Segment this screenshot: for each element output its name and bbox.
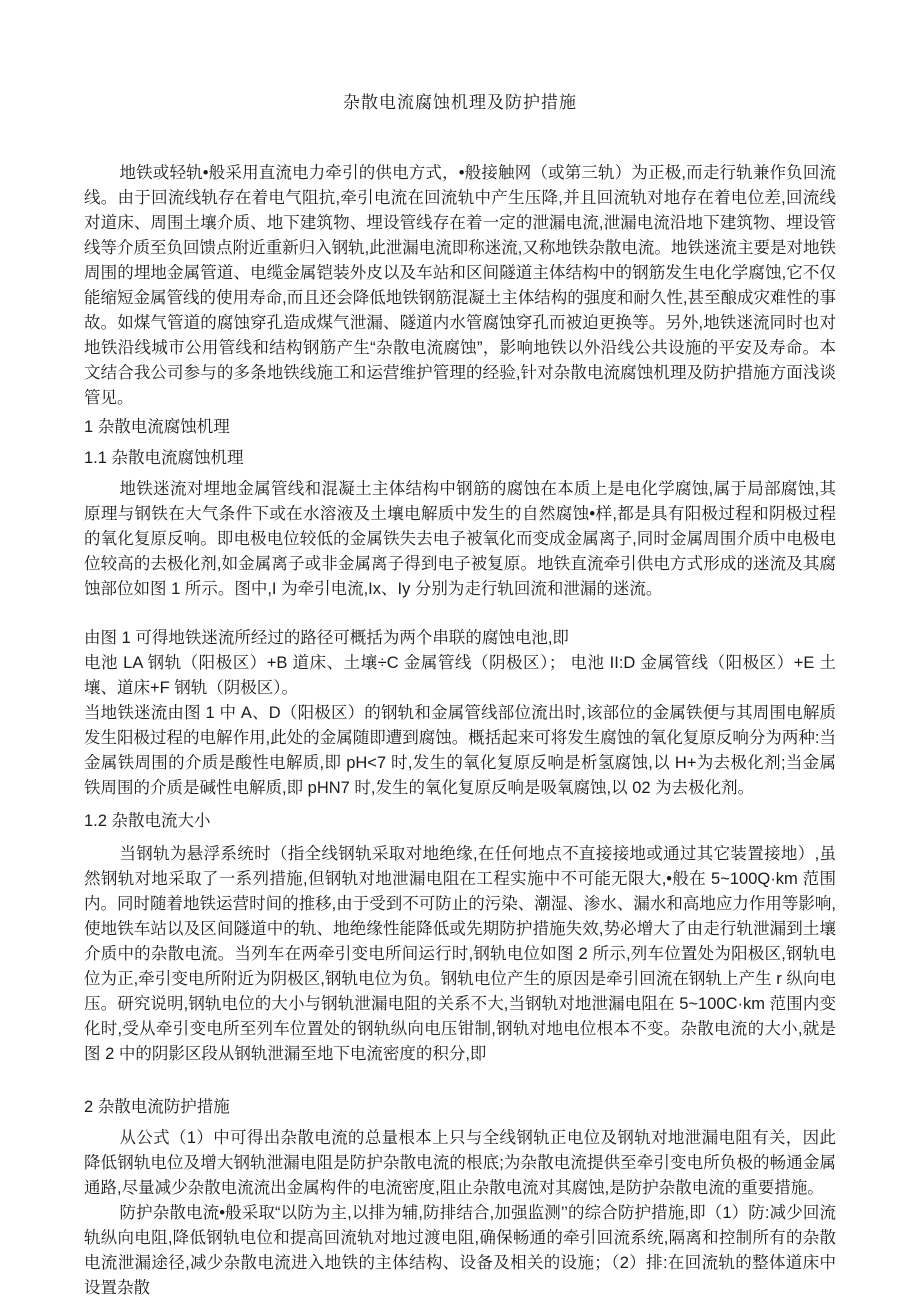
figure-1-placeholder-gap (84, 602, 836, 626)
section-heading-1: 1 杂散电流腐蚀机理 (84, 415, 836, 440)
paragraph-current-magnitude: 当钢轨为悬浮系统时（指全线钢轨采取对地绝缘,在任何地点不直接接地或通过其它装置接… (84, 842, 836, 1067)
document-title: 杂散电流腐蚀机理及防护措施 (84, 88, 836, 113)
section-heading-1-2: 1.2 杂散电流大小 (84, 809, 836, 834)
document-content: 杂散电流腐蚀机理及防护措施 地铁或轻轨•般采用直流电力牵引的供电方式，•般接触网… (0, 0, 920, 1301)
paragraph-anode-reaction: 当地铁迷流由图 1 中 A、D（阳极区）的钢轨和金属管线部位流出时,该部位的金属… (84, 701, 836, 801)
paragraph-corrosion-cells: 电池 LA 钢轨（阳极区）+B 道床、土壤÷C 金属管线（阴极区）； 电池 II… (84, 651, 836, 701)
paragraph-protection-basis: 从公式（1）中可得出杂散电流的总量根本上只与全线钢轨正电位及钢轨对地泄漏电阻有关… (84, 1126, 836, 1201)
paragraph-protection-measures: 防护杂散电流•般采取“以防为主,以排为辅,防排结合,加强监测’’的综合防护措施,… (84, 1201, 836, 1301)
paragraph-intro: 地铁或轻轨•般采用直流电力牵引的供电方式，•般接触网（或第三轨）为正极,而走行轨… (84, 161, 836, 411)
paragraph-figure1-intro: 由图 1 可得地铁迷流所经过的路径可概括为两个串联的腐蚀电池,即 (84, 626, 836, 651)
section-heading-1-1: 1.1 杂散电流腐蚀机理 (84, 446, 836, 471)
section-heading-2: 2 杂散电流防护措施 (84, 1095, 836, 1120)
document-page: 杂散电流腐蚀机理及防护措施 地铁或轻轨•般采用直流电力牵引的供电方式，•般接触网… (0, 0, 920, 1301)
paragraph-corrosion-mechanism: 地铁迷流对埋地金属管线和混凝土主体结构中钢筋的腐蚀在本质上是电化学腐蚀,属于局部… (84, 477, 836, 602)
formula-1-placeholder-gap (84, 1067, 836, 1091)
